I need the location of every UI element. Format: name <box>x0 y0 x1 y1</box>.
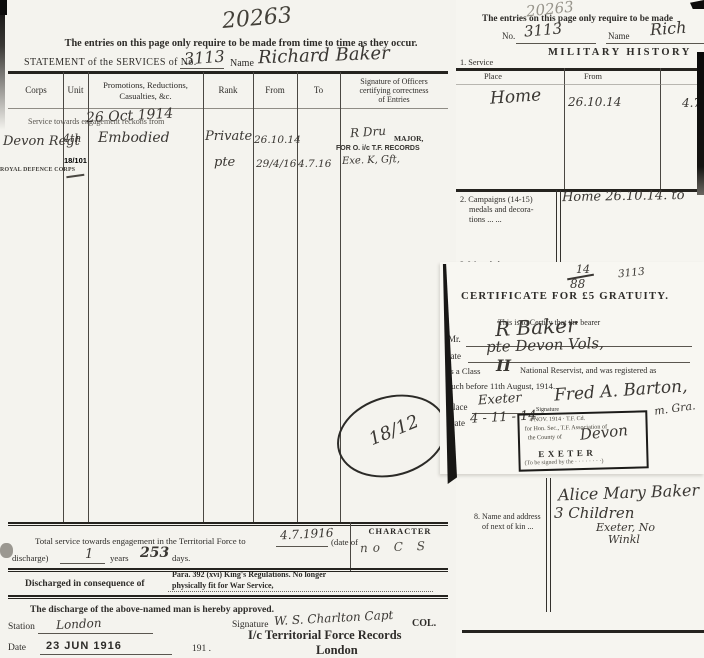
row1-signature-hw: R Dru <box>350 124 387 140</box>
name-underline <box>606 43 704 44</box>
station-underline <box>38 633 153 634</box>
next-of-kin-label-2: of next of kin ... <box>482 522 533 531</box>
right-page-bottom-rule <box>462 630 704 633</box>
totals-rule-b <box>8 525 448 526</box>
approval-signature-rank: COL. <box>412 618 436 629</box>
row1-rank-hw: Private <box>205 129 252 144</box>
row1-signature-for-stamp: FOR O. i/c T.F. RECORDS <box>336 145 420 152</box>
stamp-footnote: (To be signed by the · · · · · · · ·) <box>524 458 603 466</box>
scan-edge-right-strip <box>697 52 704 195</box>
date-stamp: 23 JUN 1916 <box>46 640 122 652</box>
service-table-line-2 <box>660 68 661 190</box>
section-service-label: 1. Service <box>460 58 493 67</box>
statement-prefix: STATEMENT of the SERVICES of No. <box>24 57 197 68</box>
approval-signature-hw: W. S. Charlton Capt <box>274 608 394 628</box>
row1-signature-note-hw: Exe. K, Gft, <box>342 154 400 167</box>
name-value-hw: Rich <box>649 18 687 39</box>
military-history-title: MILITARY HISTORY <box>548 47 692 58</box>
totals-days-label: days. <box>172 553 190 563</box>
totals-date-hw: 4.7.1916 <box>280 526 334 543</box>
col-header-from: From <box>253 85 297 95</box>
statement-name-label: Name <box>230 58 254 69</box>
approval-rule-a <box>8 595 448 597</box>
row1-signature-rank: MAJOR, <box>394 134 423 143</box>
col-header-signature-3: of Entries <box>340 95 448 104</box>
next-of-kin-divider <box>546 478 551 612</box>
cert-place-value-hw: Exeter <box>478 390 523 408</box>
discharge-printed: Discharged in consequence of <box>25 579 145 589</box>
service-name-hw: Richard Baker <box>258 43 390 69</box>
stamp-exeter: EXETER <box>538 448 596 460</box>
next-of-kin-label-1: 8. Name and address <box>474 512 541 521</box>
cert-class-suffix: National Reservist, and was registered a… <box>520 366 656 375</box>
col-header-promotions-2: Casualties, &c. <box>88 91 203 101</box>
totals-years-label: years <box>110 553 129 563</box>
next-of-kin-name-hw: Alice Mary Baker <box>558 481 700 505</box>
row1-event-hw: Embodied <box>98 130 170 146</box>
service-table-top-rule <box>456 68 704 71</box>
records-office-stamp-2: London <box>316 643 358 658</box>
stamp-line-1: 4 NOV. 1914 · T.F. Cd. <box>529 416 585 423</box>
cert-title: CERTIFICATE FOR £5 GRATUITY. <box>461 290 669 302</box>
stamp-county-hw: Devon <box>579 421 629 444</box>
table-top-rule <box>8 71 448 74</box>
col-header-corps: Corps <box>10 85 62 95</box>
cert-class-prefix: is a Class <box>448 366 480 376</box>
entries-notice: The entries on this page only require to… <box>26 38 456 49</box>
next-of-kin-address-2-hw: Winkl <box>608 533 640 546</box>
records-office-stamp-1: I/c Territorial Force Records <box>248 628 402 643</box>
service-place-hw: Home <box>489 85 542 109</box>
stamp-line-3: the County of <box>528 434 562 442</box>
date-label: Date <box>8 643 26 653</box>
year-printed: 191 . <box>192 644 211 654</box>
date-underline <box>40 654 172 655</box>
campaigns-label-2: medals and decora- <box>469 205 534 214</box>
totals-date-suffix: (date of <box>331 537 358 547</box>
totals-line2-prefix: discharge) <box>12 553 48 563</box>
campaigns-divider <box>556 190 561 266</box>
totals-date-underline <box>276 546 328 547</box>
cert-such-line: such before 11th August, 1914. <box>448 381 555 391</box>
ink-scribble <box>66 169 85 178</box>
col-header-signature-2: certifying correctness <box>340 86 448 95</box>
statement-page: 20263 The entries on this page only requ… <box>0 0 456 658</box>
approval-line: The discharge of the above-named man is … <box>30 604 274 615</box>
scanned-military-record: { "left": { "ref_number": "20263", "noti… <box>0 0 704 658</box>
cert-class-value-hw: II <box>496 356 511 375</box>
approval-rule-b <box>8 598 448 599</box>
scan-edge-left-bar <box>0 0 5 130</box>
row2-rank-hw: pte <box>214 155 235 170</box>
table-line-2 <box>88 72 89 522</box>
association-stamp: 4 NOV. 1914 · T.F. Cd. for Hon. Sec., T.… <box>517 410 648 471</box>
ref-number-hw: 20263 <box>221 3 293 34</box>
next-of-kin-children-hw: 3 Children <box>554 504 634 522</box>
discharge-stamp-line1: Para. 392 (xvi) King's Regulations. No l… <box>172 570 326 579</box>
service-number-underline <box>180 68 224 69</box>
character-box-line <box>350 522 351 571</box>
col-header-rank: Rank <box>203 85 253 95</box>
table-header-rule <box>8 108 448 109</box>
col-header-to: To <box>297 85 340 95</box>
totals-years-hw: 1 <box>85 547 93 562</box>
row1-unit-hw: 4th <box>63 132 82 145</box>
station-value-hw: London <box>56 616 102 632</box>
row2-unit-value: 18/101 <box>64 156 87 165</box>
character-label: CHARACTER <box>352 527 448 536</box>
from-header: From <box>584 72 602 81</box>
ink-smudge <box>0 543 13 558</box>
service-from-hw: 26.10.14 <box>568 95 621 109</box>
cert-ref-hw: 3113 <box>617 266 645 281</box>
row1-from-hw: 26.10.14 <box>254 134 301 146</box>
number-value-hw: 3113 <box>523 19 563 40</box>
cert-fraction-bottom-hw: 88 <box>570 277 585 291</box>
totals-years-underline <box>60 563 105 564</box>
col-header-promotions-1: Promotions, Reductions, <box>88 80 203 90</box>
cert-late-value-hw: pte Devon Vols, <box>486 334 604 356</box>
number-underline <box>516 43 596 44</box>
totals-rule-a <box>8 522 448 524</box>
scan-edge-left-top <box>0 0 7 15</box>
campaigns-label-3: tions ... ... <box>469 215 502 224</box>
service-number-hw: 3113 <box>183 47 225 69</box>
gratuity-certificate-slip: 14 88 3113 CERTIFICATE FOR £5 GRATUITY. … <box>440 262 704 474</box>
character-value-hw: no C S <box>360 539 430 555</box>
discharge-stamp-line2: physically fit for War Service, <box>172 581 274 590</box>
service-table-line-1 <box>564 68 565 190</box>
row2-corps-stamp: ROYAL DEFENCE CORPS <box>0 167 75 173</box>
cert-countersign-hw: m. Gra. <box>653 399 696 418</box>
discharge-dotted-line <box>168 591 433 592</box>
table-line-3 <box>203 72 204 522</box>
totals-days-hw: 253 <box>140 545 169 561</box>
place-header: Place <box>484 72 502 81</box>
station-label: Station <box>8 622 35 632</box>
row2-to-hw: 4.7.16 <box>298 158 331 170</box>
name-label-right: Name <box>608 31 630 41</box>
service-table-header-rule <box>456 84 704 85</box>
entries-notice-right: The entries on this page only require to… <box>482 14 673 24</box>
campaigns-value-hw: Home 26.10.14. to <box>562 188 685 205</box>
cert-signature-hw: Fred A. Barton, <box>553 376 688 405</box>
row2-from-hw: 29/4/16 <box>256 158 296 170</box>
col-header-unit: Unit <box>63 85 88 95</box>
col-header-signature-1: Signature of Officers <box>340 77 448 86</box>
number-label: No. <box>502 31 515 41</box>
campaigns-label-1: 2. Campaigns (14-15) <box>460 195 533 204</box>
